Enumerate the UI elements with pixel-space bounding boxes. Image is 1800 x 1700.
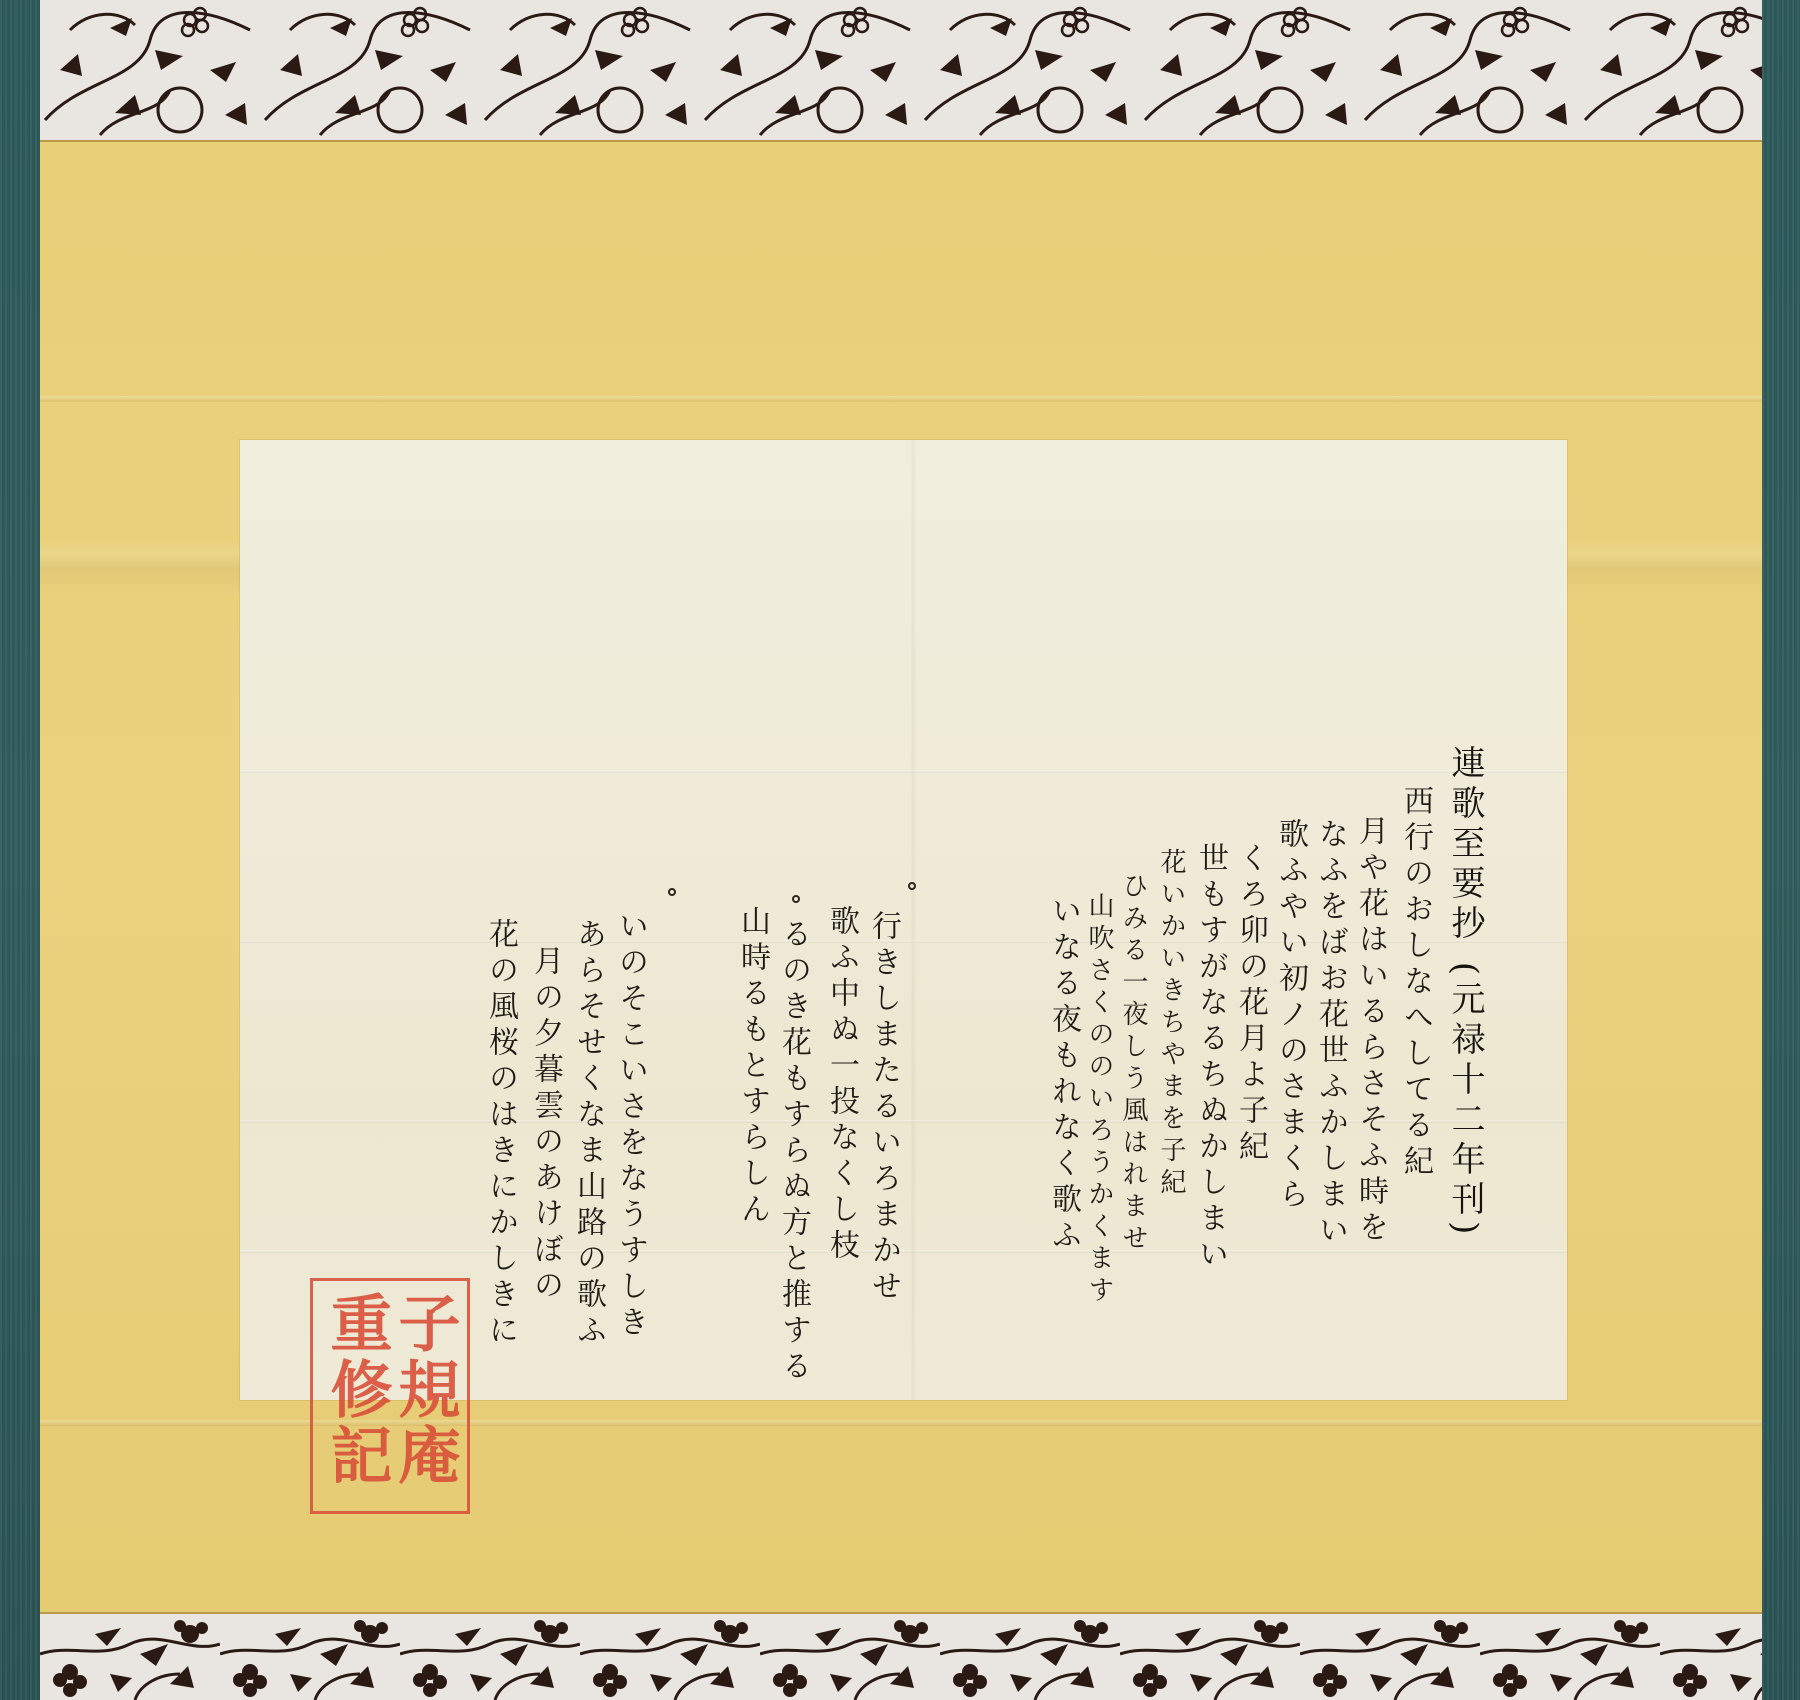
scroll-mounting: 連歌至要抄 (元禄十二年刊) 西行のおしなへしてる紀 月や花はいるらさそふ時を … (40, 0, 1762, 1700)
cloth-fold-line (40, 1420, 1762, 1426)
text-column: 行きしまたるいろまかせ (868, 910, 898, 1306)
text-column: るのき花もすらぬ方と推する (778, 918, 808, 1386)
text-column: 月や花はいるらさそふ時を (1355, 815, 1385, 1247)
cloth-fold-line (40, 396, 1762, 402)
text-column: あらそせくなま山路の歌ふ (573, 918, 603, 1350)
text-column: いなる夜もれなく歌ふ (1048, 895, 1078, 1255)
text-column: 山吹さくののいろうかくます (1086, 892, 1112, 1308)
bottom-brocade-band (40, 1612, 1762, 1700)
text-column: 山時るもとすらしん (737, 905, 767, 1229)
text-column: 歌ふ中ぬ一投なくし枝 (826, 905, 856, 1265)
text-column: 西行のおしなへしてる紀 (1400, 785, 1430, 1181)
text-column: 世もすがなるちぬかしまい (1195, 842, 1225, 1274)
seal-text-right: 子規庵 (393, 1291, 455, 1489)
text-column: くろ卯の花月よ子紀 (1235, 842, 1265, 1166)
text-column: いのそこいさをなうすしき (615, 910, 645, 1342)
text-column: 花いかいきちやまを子紀 (1158, 848, 1184, 1200)
text-column: 花の風桜のはきにかしきに (485, 918, 515, 1350)
text-column: 月の夕暮雲のあけぼの (530, 945, 560, 1305)
text-column: なふをばお花世ふかしまい (1315, 818, 1345, 1250)
text-column: ひみる一夜しう風はれませ (1120, 872, 1146, 1256)
calligraphy-paper-panel: 連歌至要抄 (元禄十二年刊) 西行のおしなへしてる紀 月や花はいるらさそふ時を … (240, 440, 1567, 1400)
section-mark (908, 882, 916, 890)
text-column: 歌ふやい初ノのさまくら (1275, 818, 1305, 1214)
red-seal-stamp: 子規庵 重修記 (310, 1278, 470, 1514)
section-mark (792, 895, 800, 903)
calligraphy-text: 連歌至要抄 (元禄十二年刊) 西行のおしなへしてる紀 月や花はいるらさそふ時を … (240, 440, 1567, 1400)
yellow-mounting-cloth: 連歌至要抄 (元禄十二年刊) 西行のおしなへしてる紀 月や花はいるらさそふ時を … (40, 142, 1762, 1612)
title-column: 連歌至要抄 (元禄十二年刊) (1448, 745, 1482, 1240)
peony-floral-pattern-icon (40, 1614, 1762, 1700)
scroll-right-edge-teal-fabric (1762, 0, 1800, 1700)
top-brocade-band (40, 0, 1762, 142)
seal-text-left: 重修記 (325, 1291, 387, 1489)
section-mark (668, 888, 676, 896)
scroll-left-edge-teal-fabric (0, 0, 40, 1700)
arabesque-scroll-pattern-icon (40, 0, 1762, 140)
